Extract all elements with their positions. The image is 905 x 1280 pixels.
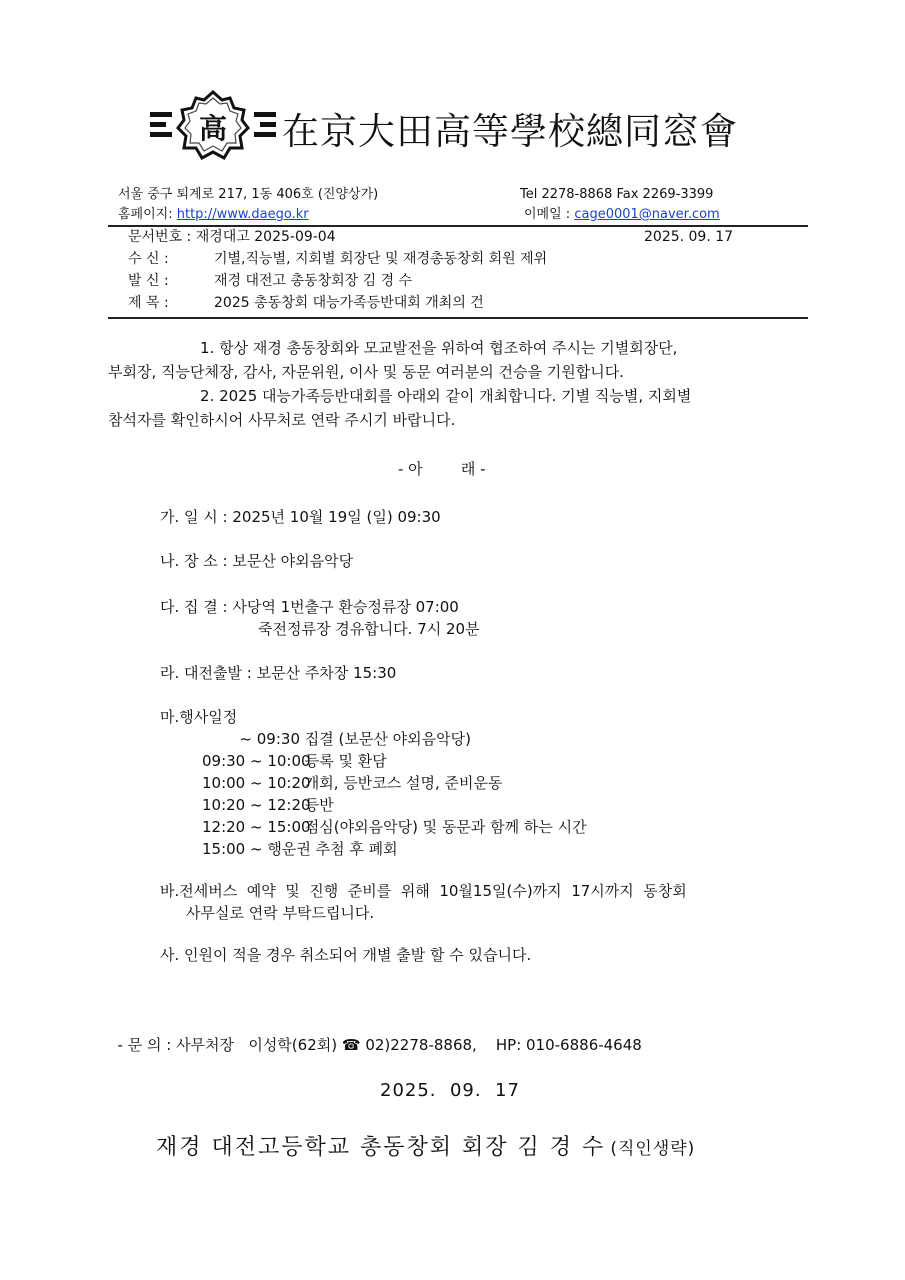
section-heading: - 아 래 - — [398, 458, 486, 480]
item-da-meeting: 다. 집 결 : 사당역 1번출구 환승정류장 07:00 — [160, 596, 459, 618]
paragraph-1-line-1: 1. 항상 재경 총동창회와 모교발전을 위하여 협조하여 주시는 기별회장단, — [200, 336, 900, 360]
subject-line: 제 목 : 2025 총동창회 대능가족등반대회 개최의 건 — [128, 292, 484, 314]
document-date: 2025. 09. 17 — [644, 226, 733, 248]
schedule-row: 12:20 ~ 15:00 점심(야외음악당) 및 동문과 함께 하는 시간 — [202, 816, 587, 838]
schedule-desc: 개회, 등반코스 설명, 준비운동 — [305, 774, 503, 792]
paragraph-1-line-2: 부회장, 직능단체장, 감사, 자문위원, 이사 및 동문 여러분의 건승을 기… — [108, 360, 808, 384]
item-ba-bus-reservation: 바.전세버스 예약 및 진행 준비를 위해 10월15일(수)까지 17시까지 … — [160, 880, 687, 902]
schedule-desc: 등반 — [305, 796, 334, 814]
signature-date: 2025. 09. 17 — [380, 1080, 520, 1101]
signature-name: 재경 대전고등학교 총동창회 회장 김 경 수 — [156, 1135, 605, 1160]
schedule-time: 15:00 ~ — [202, 840, 263, 858]
contact-line: - 문 의 : 사무처장 이성학(62회) ☎ 02)2278-8868, HP… — [108, 1012, 642, 1056]
homepage-label: 홈페이지: — [118, 207, 177, 222]
schedule-desc: 집결 (보문산 야외음악당) — [305, 730, 471, 748]
item-ma-schedule-title: 마.행사일정 — [160, 706, 237, 728]
doc-no-label: 문서번호 : — [128, 229, 196, 245]
signature-block: 재경 대전고등학교 총동창회 회장 김 경 수 (직인생략) — [156, 1130, 695, 1161]
email-line: 이메일 : cage0001@naver.com — [524, 206, 720, 224]
schedule-time: 12:20 ~ 15:00 — [202, 816, 300, 838]
address: 서울 중구 퇴계로 217, 1동 406호 (진양상가) — [118, 186, 378, 204]
schedule-row: 10:20 ~ 12:20 등반 — [202, 794, 587, 816]
schedule-time: ~ 09:30 — [202, 728, 300, 750]
svg-text:高: 高 — [199, 112, 227, 145]
schedule-time: 10:00 ~ 10:20 — [202, 772, 300, 794]
contact-text: - 문 의 : 사무처장 이성학(62회) — [118, 1036, 342, 1054]
item-na-location: 나. 장 소 : 보문산 야외음악당 — [160, 550, 353, 572]
email-link[interactable]: cage0001@naver.com — [574, 207, 719, 222]
schedule-list: ~ 09:30 집결 (보문산 야외음악당) 09:30 ~ 10:00 등록 … — [202, 728, 587, 860]
paragraph-2-line-1: 2. 2025 대능가족등반대회를 아래외 같이 개최합니다. 기별 직능별, … — [200, 384, 900, 408]
from-label: 발 신 : — [128, 270, 214, 292]
item-ga-datetime: 가. 일 시 : 2025년 10월 19일 (일) 09:30 — [160, 506, 441, 528]
schedule-desc: 점심(야외음악당) 및 동문과 함께 하는 시간 — [305, 818, 587, 836]
item-ra-departure: 라. 대전출발 : 보문산 주차장 15:30 — [160, 662, 396, 684]
schedule-row: 10:00 ~ 10:20 개회, 등반코스 설명, 준비운동 — [202, 772, 587, 794]
to-label: 수 신 : — [128, 248, 214, 270]
schedule-desc: 행운권 추첨 후 폐회 — [267, 840, 397, 858]
telephone-icon: ☎ — [342, 1036, 361, 1054]
tel-fax: Tel 2278-8868 Fax 2269-3399 — [520, 186, 713, 204]
to-value: 기별,직능별, 지회별 회장단 및 재경총동창회 회원 제위 — [214, 251, 547, 267]
meta-divider — [108, 317, 808, 319]
subject-value: 2025 총동창회 대능가족등반대회 개최의 건 — [214, 295, 484, 311]
schedule-row: 15:00 ~ 행운권 추첨 후 폐회 — [202, 838, 587, 860]
paragraph-2-line-2: 참석자를 확인하시어 사무처로 연락 주시기 바랍니다. — [108, 408, 808, 432]
contact-phone: 02)2278-8868, HP: 010-6886-4648 — [365, 1036, 642, 1054]
schedule-time: 09:30 ~ 10:00 — [202, 750, 300, 772]
recipient-line: 수 신 : 기별,직능별, 지회별 회장단 및 재경총동창회 회원 제위 — [128, 248, 547, 270]
organization-name: 在京大田高等學校總同窓會 — [282, 108, 738, 156]
from-value: 재경 대전고 총동창회장 김 경 수 — [214, 273, 412, 289]
subject-label: 제 목 : — [128, 292, 214, 314]
email-label: 이메일 : — [524, 207, 574, 222]
schedule-row: ~ 09:30 집결 (보문산 야외음악당) — [202, 728, 587, 750]
doc-no-value: 재경대고 2025-09-04 — [196, 229, 336, 245]
item-sa-cancellation-note: 사. 인원이 적을 경우 취소되어 개별 출발 할 수 있습니다. — [160, 944, 531, 966]
document-number: 문서번호 : 재경대고 2025-09-04 — [128, 226, 336, 248]
homepage-line: 홈페이지: http://www.daego.kr — [118, 206, 309, 224]
homepage-link[interactable]: http://www.daego.kr — [177, 207, 309, 222]
schedule-desc: 등록 및 환담 — [305, 752, 387, 770]
school-emblem-icon: 高 — [148, 88, 278, 162]
sender-line: 발 신 : 재경 대전고 총동창회장 김 경 수 — [128, 270, 412, 292]
seal-omitted-note: (직인생략) — [610, 1139, 695, 1159]
schedule-row: 09:30 ~ 10:00 등록 및 환담 — [202, 750, 587, 772]
schedule-time: 10:20 ~ 12:20 — [202, 794, 300, 816]
item-ba-bus-reservation-line-2: 사무실로 연락 부탁드립니다. — [186, 902, 374, 924]
item-da-meeting-line-2: 죽전정류장 경유합니다. 7시 20분 — [258, 618, 480, 640]
